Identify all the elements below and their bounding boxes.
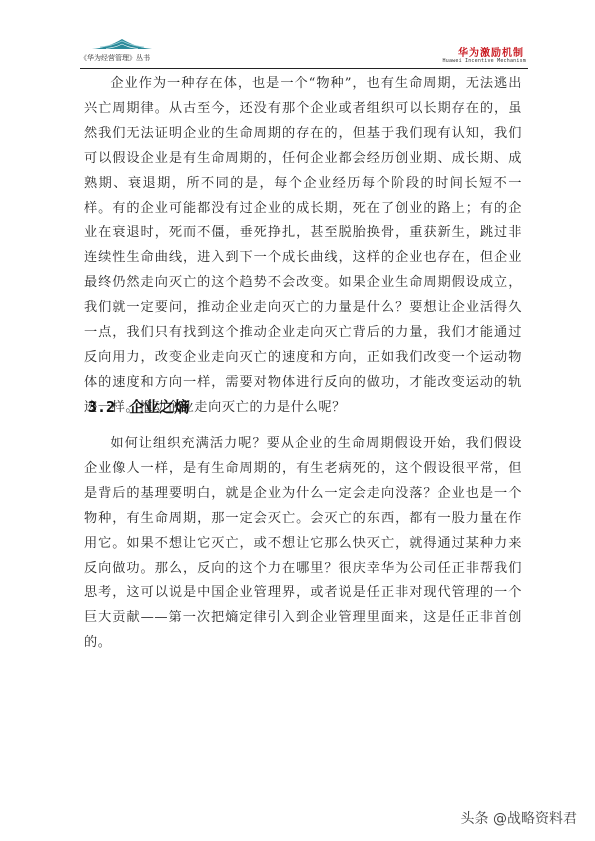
header-divider [80, 68, 528, 69]
mountain-logo-icon [92, 38, 152, 50]
section-number: 3.2 [88, 398, 115, 416]
section-title: 企业之熵 [129, 398, 189, 416]
watermark: 头条 @战略资料君 [461, 808, 577, 828]
series-title: 《华为经营管理》丛书 [80, 53, 150, 63]
body-paragraph-1: 企业作为一种存在体，也是一个“物种”，也有生命周期，无法逃出兴亡周期律。从古至今… [84, 72, 522, 421]
body-paragraph-2: 如何让组织充满活力呢？要从企业的生命周期假设开始，我们假设企业像人一样，是有生命… [84, 432, 522, 656]
brand-title-en: Huawei Incentive Mechanism [443, 58, 526, 64]
section-heading: 3.2企业之熵 [88, 396, 189, 417]
brand-title-cn: 华为激励机制 [458, 44, 524, 59]
page-header: 《华为经营管理》丛书 华为激励机制 Huawei Incentive Mecha… [80, 36, 528, 66]
